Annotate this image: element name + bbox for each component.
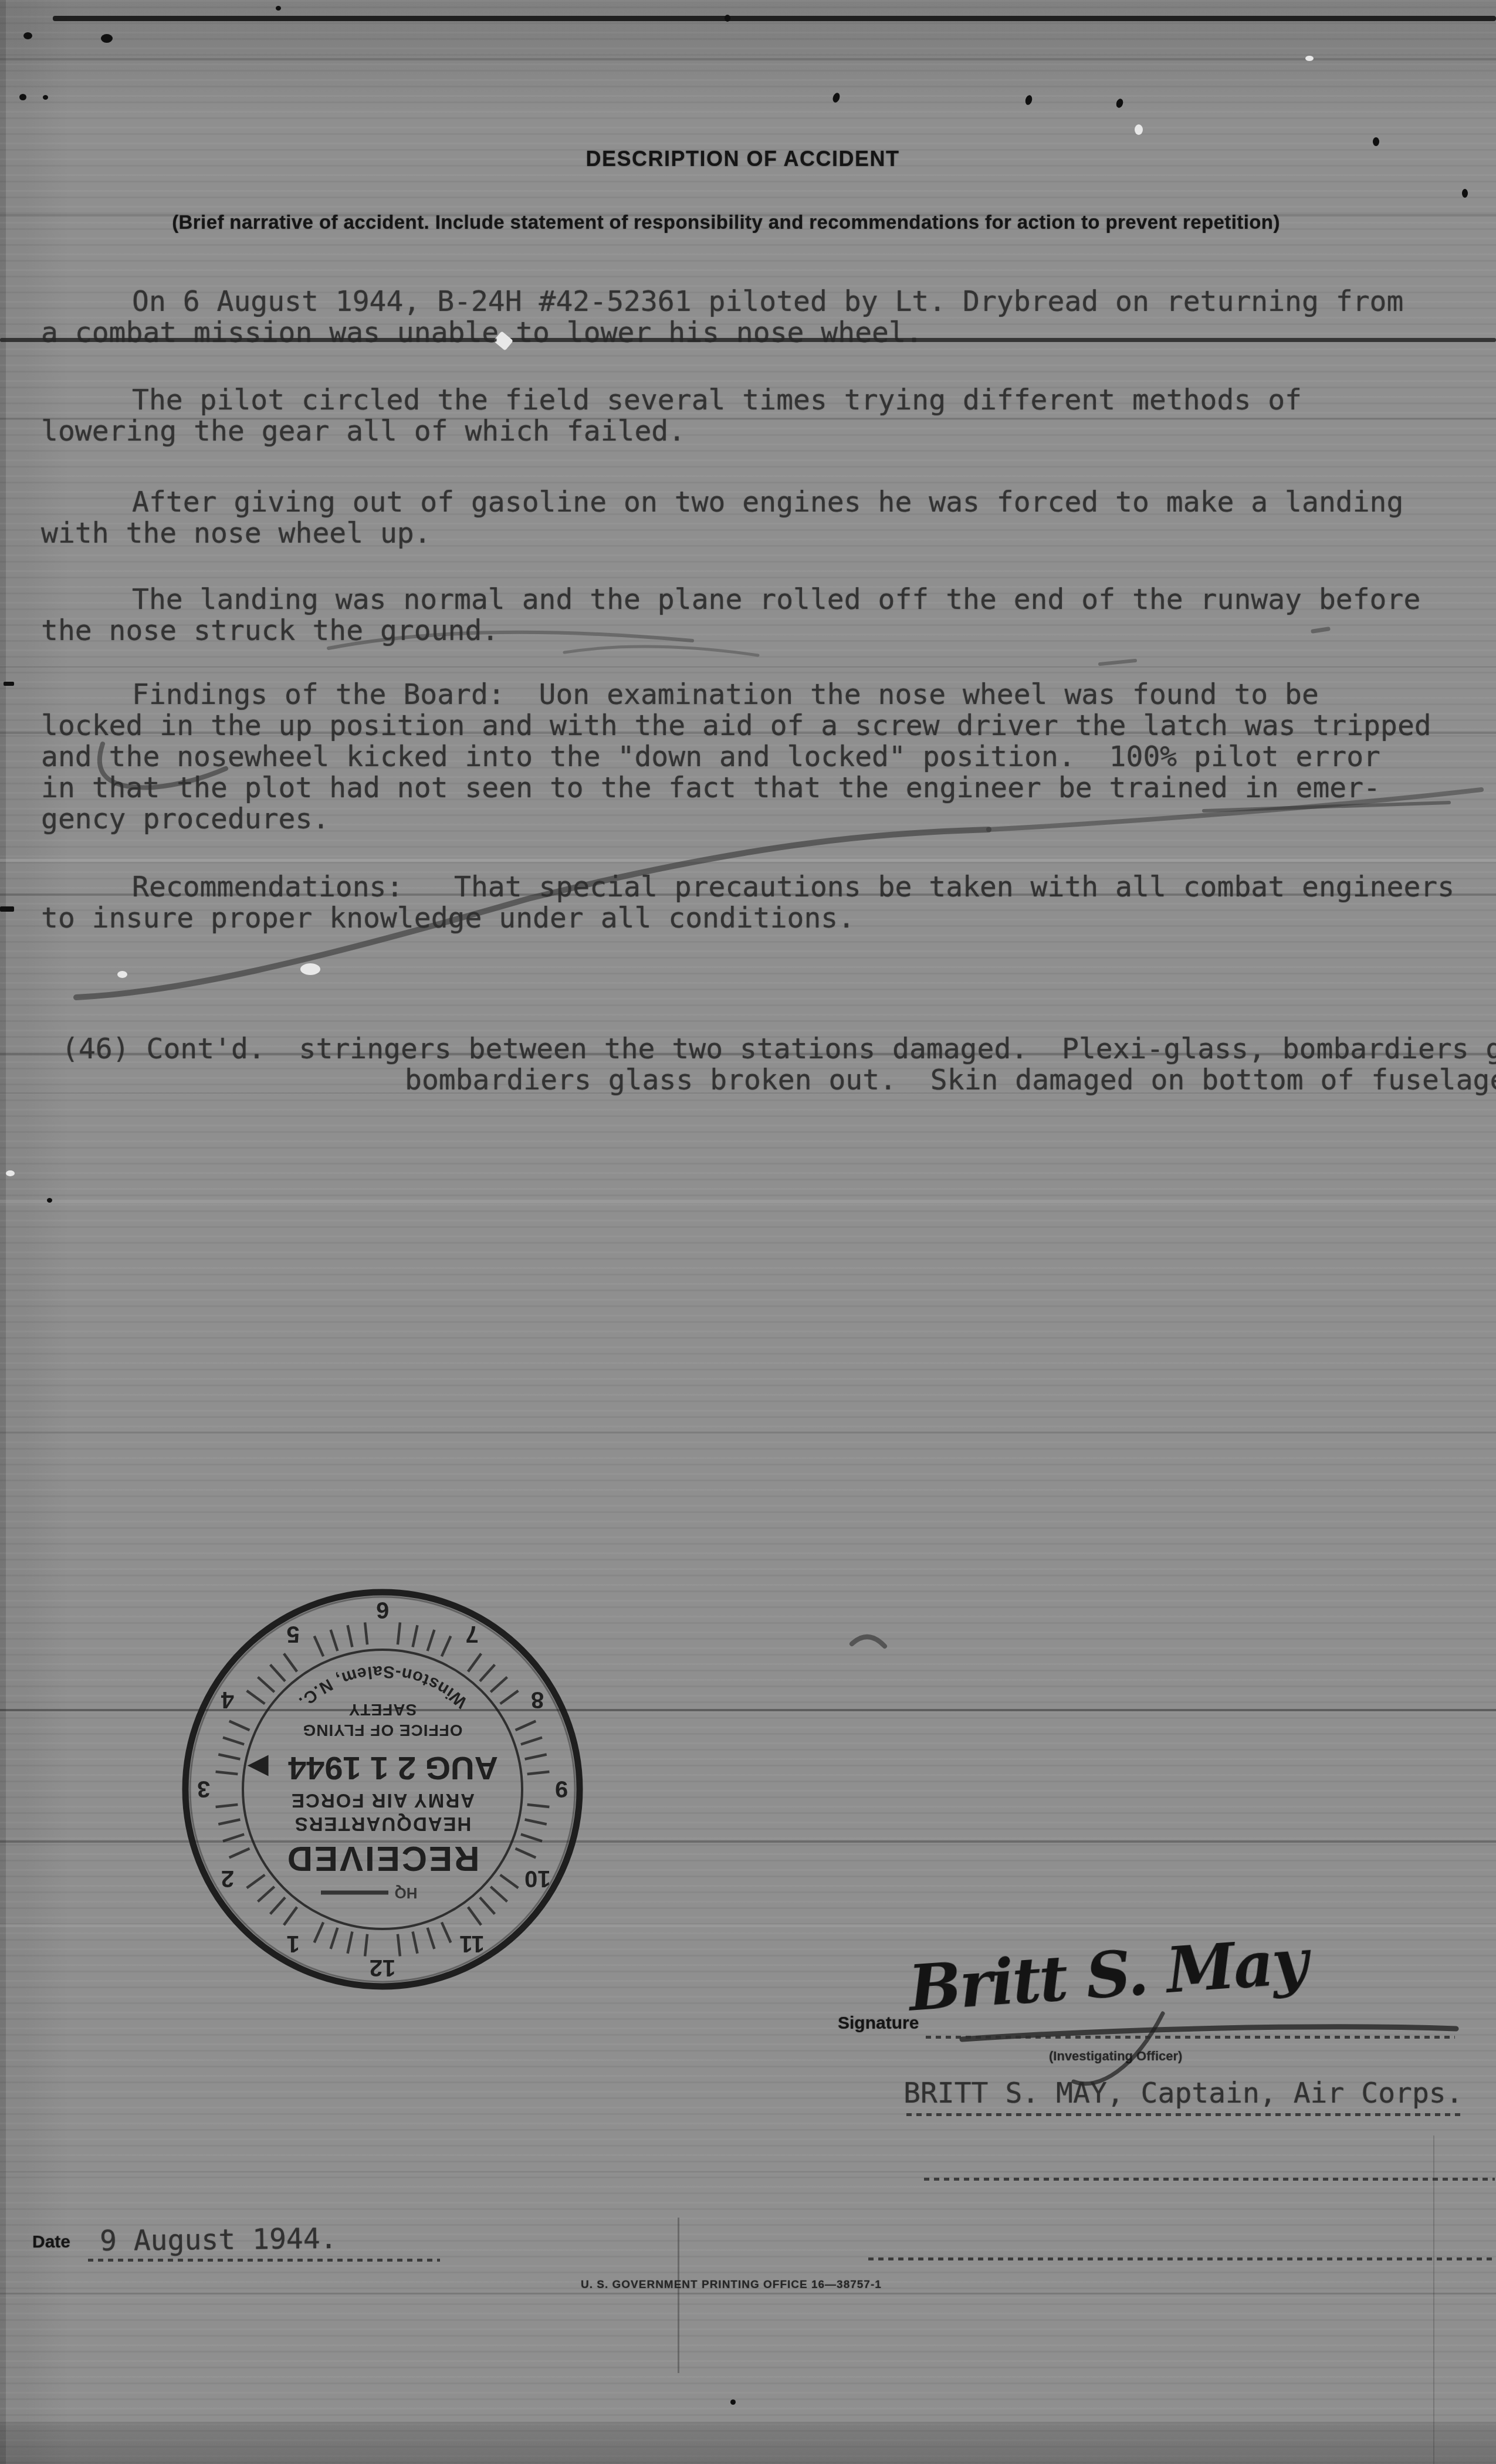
stamp-dial-number: 5 bbox=[286, 1621, 299, 1647]
scan-band bbox=[0, 2171, 1496, 2172]
stamp-dial-number: 12 bbox=[370, 1955, 396, 1981]
addendum-paragraph: (46) Cont'd. stringers between the two s… bbox=[62, 1034, 1496, 1096]
scratch-line bbox=[678, 2218, 679, 2373]
ink-speck bbox=[19, 94, 26, 100]
scan-band bbox=[0, 2293, 1496, 2294]
stamp-dial-number: 10 bbox=[524, 1866, 551, 1891]
typed-line: a combat mission was unable to lower his… bbox=[41, 317, 1496, 348]
stamp-dial-tick bbox=[229, 1849, 250, 1857]
stamp-dial-tick bbox=[258, 1887, 274, 1901]
date-dotted-line bbox=[88, 2259, 440, 2262]
findings-paragraph: Findings of the Board: Uon examination t… bbox=[41, 679, 1496, 835]
scratch-line bbox=[1433, 2135, 1434, 2464]
typed-line: and the nosewheel kicked into the "down … bbox=[41, 742, 1496, 773]
stamp-dial-tick bbox=[216, 1805, 238, 1807]
ink-speck bbox=[725, 15, 730, 22]
ink-speck bbox=[4, 682, 14, 686]
ink-speck bbox=[43, 95, 48, 100]
paper-fleck bbox=[300, 963, 320, 975]
typed-line: Findings of the Board: Uon examination t… bbox=[41, 679, 1496, 710]
stamp-dial-number: 11 bbox=[459, 1931, 484, 1957]
stamp-inner-ring bbox=[243, 1650, 522, 1929]
stamp-dial-tick bbox=[398, 1623, 400, 1645]
stamp-dial-number: 4 bbox=[221, 1687, 234, 1712]
scan-band bbox=[0, 58, 1496, 60]
typed-line: to insure proper knowledge under all con… bbox=[41, 903, 1496, 934]
stamp-dial-tick bbox=[527, 1805, 550, 1807]
stamp-dial-tick bbox=[521, 1835, 542, 1842]
stamp-dial-number: 7 bbox=[465, 1621, 478, 1647]
stamp-dial-number: 6 bbox=[376, 1597, 389, 1623]
stamp-clock-dial: 123456789101112 bbox=[197, 1597, 568, 1981]
scan-band bbox=[53, 16, 1496, 21]
stamp-dial-tick bbox=[331, 1630, 338, 1651]
stamp-dial-tick bbox=[527, 1772, 550, 1774]
stamp-army-air-force-text: ARMY AIR FORCE bbox=[290, 1790, 475, 1812]
print-office-note: U. S. GOVERNMENT PRINTING OFFICE 16—3875… bbox=[581, 2279, 882, 2292]
stamp-dial-tick bbox=[490, 1887, 507, 1901]
stamp-dial-tick bbox=[521, 1738, 542, 1745]
paper-fleck bbox=[1305, 56, 1314, 61]
stamp-dial-tick bbox=[314, 1923, 323, 1943]
stamp-dial-tick bbox=[525, 1755, 547, 1759]
paper-fleck bbox=[6, 1170, 15, 1176]
stamp-dial-tick bbox=[247, 1875, 265, 1888]
narrative-paragraph: The pilot circled the field several time… bbox=[41, 385, 1496, 447]
stamp-dial-tick bbox=[468, 1907, 481, 1925]
typed-line: Recommendations: That special precaution… bbox=[41, 872, 1496, 903]
typed-signature-name: BRITT S. MAY, Captain, Air Corps. bbox=[903, 2077, 1463, 2110]
stamp-dial-tick bbox=[468, 1654, 481, 1672]
stamp-dial-number: 1 bbox=[286, 1931, 299, 1957]
stamp-dial-tick bbox=[223, 1738, 244, 1745]
stamp-dial-tick bbox=[218, 1755, 240, 1759]
typed-date-value: 9 August 1944. bbox=[100, 2222, 337, 2257]
stamp-dial-tick bbox=[490, 1677, 507, 1692]
stamp-date-arrow: ▶ bbox=[247, 1753, 269, 1782]
paper-fleck bbox=[1135, 124, 1143, 135]
stamp-dial-tick bbox=[270, 1897, 285, 1914]
stamp-dial-tick bbox=[428, 1928, 435, 1949]
stamp-dial-tick bbox=[500, 1875, 519, 1888]
handwritten-signature: Britt S. May bbox=[906, 1911, 1496, 2025]
stamp-dial-tick bbox=[365, 1934, 367, 1957]
stamp-dial-tick bbox=[284, 1907, 297, 1925]
stamp-dial-tick bbox=[480, 1897, 495, 1914]
stamp-dial-tick bbox=[442, 1636, 451, 1657]
scan-band bbox=[0, 859, 1496, 862]
typed-line: lowering the gear all of which failed. bbox=[41, 416, 1496, 447]
received-stamp: 123456789101112 HQ RECEIVED HEADQUARTERS… bbox=[177, 1584, 588, 1995]
stamp-dial-tick bbox=[223, 1835, 244, 1842]
signature-label: Signature bbox=[838, 2013, 919, 2033]
typed-line: After giving out of gasoline on two engi… bbox=[41, 487, 1496, 518]
stamp-dial-tick bbox=[365, 1623, 367, 1645]
form-subtitle: (Brief narrative of accident. Include st… bbox=[0, 211, 1452, 233]
stamp-dial-tick bbox=[500, 1691, 519, 1704]
narrative-paragraph: After giving out of gasoline on two engi… bbox=[41, 487, 1496, 549]
stamp-dial-tick bbox=[516, 1721, 536, 1730]
stamp-dial-number: 8 bbox=[531, 1687, 544, 1712]
recommendations-paragraph: Recommendations: That special precaution… bbox=[41, 872, 1496, 934]
ink-speck bbox=[0, 906, 14, 912]
stamp-dial-tick bbox=[516, 1849, 536, 1857]
typed-line: in that the plot had not seen to the fac… bbox=[41, 773, 1496, 804]
ink-speck bbox=[1462, 189, 1468, 198]
stamp-office-text: OFFICE OF FLYING bbox=[302, 1721, 462, 1739]
typed-line: On 6 August 1944, B-24H #42-52361 pilote… bbox=[41, 286, 1496, 317]
stamp-dial-tick bbox=[398, 1934, 400, 1957]
stamp-dial-number: 9 bbox=[555, 1776, 568, 1802]
stamp-dial-tick bbox=[413, 1625, 418, 1647]
stamp-dial-tick bbox=[216, 1772, 238, 1774]
ink-speck bbox=[23, 32, 32, 39]
stamp-safety-text: SAFETY bbox=[348, 1701, 417, 1719]
stamp-dial-number: 2 bbox=[221, 1866, 234, 1891]
stamp-dial-tick bbox=[525, 1820, 547, 1825]
typed-line: The pilot circled the field several time… bbox=[41, 385, 1496, 416]
investigating-officer-label: (Investigating Officer) bbox=[1049, 2049, 1182, 2064]
scan-band bbox=[0, 1200, 1496, 1203]
date-label: Date bbox=[32, 2232, 70, 2252]
stamp-dial-tick bbox=[331, 1928, 338, 1949]
stamp-dial-tick bbox=[218, 1820, 240, 1825]
stamp-outer-ring-shadow bbox=[190, 1597, 575, 1982]
signature-dotted-line bbox=[926, 2036, 1455, 2039]
ink-speck bbox=[101, 34, 113, 43]
stamp-dial-tick bbox=[247, 1691, 265, 1704]
blank-dotted-line bbox=[868, 2257, 1495, 2260]
blank-dotted-line bbox=[924, 2178, 1495, 2181]
scan-band bbox=[0, 2422, 1496, 2464]
stamp-dial-tick bbox=[284, 1654, 297, 1672]
stamp-hq-mark: HQ bbox=[395, 1884, 418, 1902]
ink-speck bbox=[1115, 98, 1124, 109]
typed-line: The landing was normal and the plane rol… bbox=[41, 584, 1496, 615]
stamp-dial-tick bbox=[270, 1664, 285, 1681]
stamp-dial-tick bbox=[442, 1923, 451, 1943]
ink-speck bbox=[831, 92, 841, 104]
narrative-paragraph: On 6 August 1944, B-24H #42-52361 pilote… bbox=[41, 286, 1496, 348]
ink-speck bbox=[276, 6, 281, 11]
stamp-dial-tick bbox=[480, 1664, 495, 1681]
stamp-dial-tick bbox=[258, 1677, 274, 1692]
stamp-dial-tick bbox=[413, 1932, 418, 1954]
scan-band bbox=[0, 666, 1496, 668]
stamp-dial-tick bbox=[428, 1630, 435, 1651]
stamp-received-text: RECEIVED bbox=[286, 1839, 480, 1879]
stamp-date-text: AUG 2 1 1944 bbox=[288, 1750, 498, 1787]
paper-fleck bbox=[117, 971, 127, 978]
stamp-dial-number: 3 bbox=[197, 1776, 210, 1802]
stamp-outer-ring bbox=[185, 1592, 580, 1986]
scan-band bbox=[0, 1431, 1496, 1433]
stamp-dial-tick bbox=[348, 1625, 353, 1647]
ink-speck bbox=[47, 1198, 52, 1203]
form-title: DESCRIPTION OF ACCIDENT bbox=[0, 147, 1485, 171]
typed-line: gency procedures. bbox=[41, 804, 1496, 835]
narrative-paragraph: The landing was normal and the plane rol… bbox=[41, 584, 1496, 647]
typed-line: (46) Cont'd. stringers between the two s… bbox=[62, 1034, 1496, 1065]
ink-speck bbox=[1373, 137, 1379, 146]
typed-line: with the nose wheel up. bbox=[41, 518, 1496, 549]
ink-speck bbox=[1024, 94, 1033, 106]
typed-line: locked in the up position and with the a… bbox=[41, 710, 1496, 742]
stamp-headquarters-text: HEADQUARTERS bbox=[294, 1813, 472, 1835]
signature-name-underline bbox=[906, 2113, 1464, 2116]
stamp-dial-tick bbox=[348, 1932, 353, 1954]
ink-speck bbox=[730, 2399, 736, 2405]
stamp-dial-tick bbox=[229, 1721, 250, 1730]
typed-line: bombardiers glass broken out. Skin damag… bbox=[62, 1065, 1496, 1096]
stamp-dial-tick bbox=[314, 1636, 323, 1657]
typed-line: the nose struck the ground. bbox=[41, 615, 1496, 647]
